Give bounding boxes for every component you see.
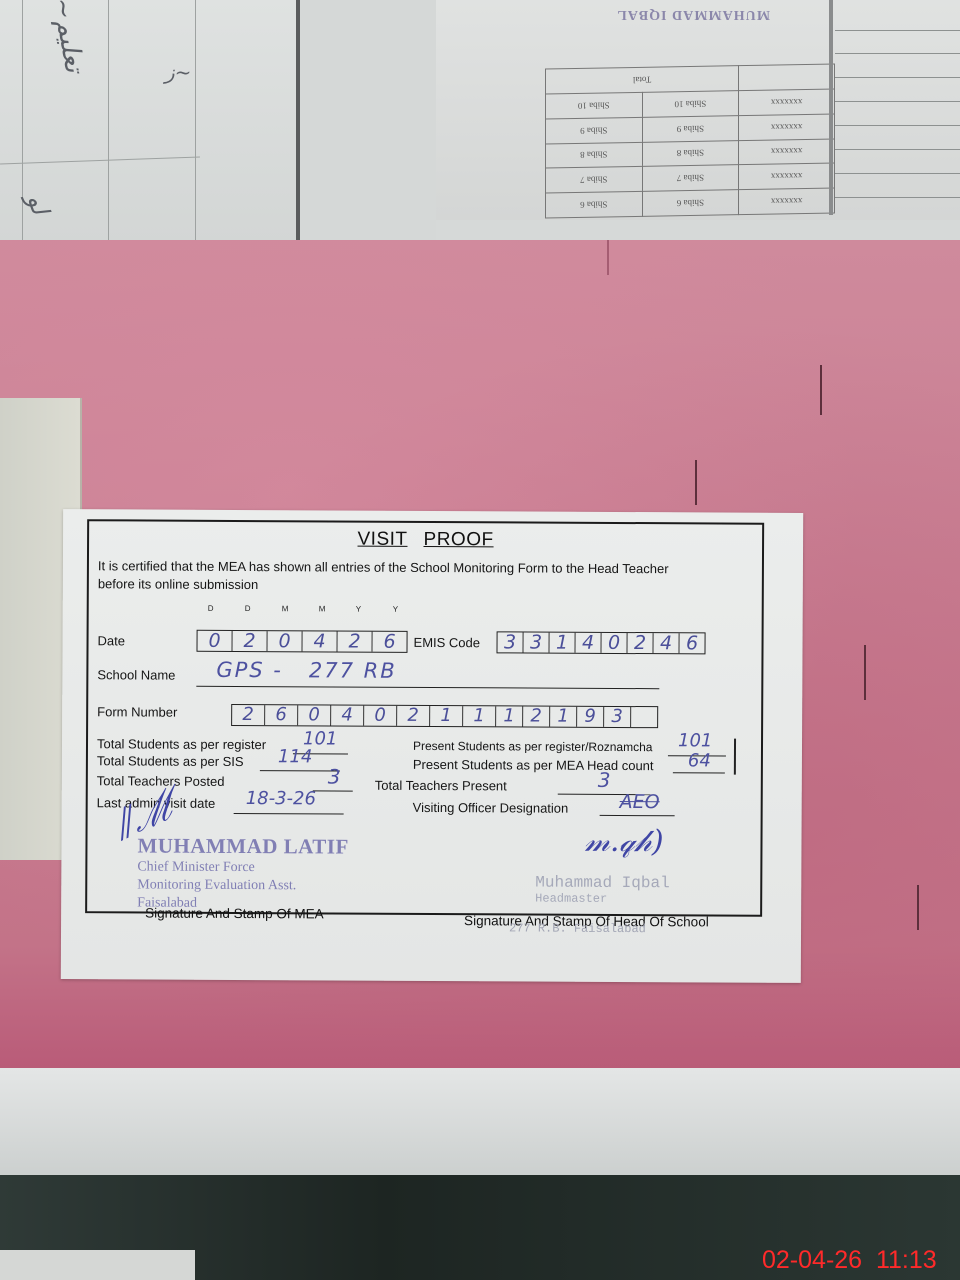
date-label: Date (98, 633, 126, 648)
present-students-headcount-value: 64 (688, 750, 711, 771)
school-name-label: School Name (97, 667, 175, 682)
form-number-boxes: 2 6 0 4 0 2 1 1 1 2 1 9 3 (231, 704, 658, 728)
present-students-headcount-label: Present Students as per MEA Head count (413, 757, 654, 773)
total-teachers-posted-value: 3 (328, 764, 341, 788)
school-name-value: GPS - 277 RB (216, 658, 396, 683)
visit-proof-form: VISITPROOF It is certified that the MEA … (61, 509, 803, 983)
present-students-register-label: Present Students as per register/Roznamc… (413, 739, 653, 754)
camera-timestamp: 02-04-26 11:13 (762, 1246, 937, 1275)
mea-stamp: MUHAMMAD LATIF Chief Minister Force Moni… (137, 833, 349, 913)
present-students-register-value: 101 (678, 730, 712, 751)
head-stamp-address: 277 R.B. Faisalabad (509, 921, 646, 936)
total-teachers-present-label: Total Teachers Present (375, 778, 507, 794)
upside-down-stamp: MUHAMMAD IQBAL (570, 6, 770, 22)
date-format-labels: DDMMYY (208, 604, 430, 614)
date-boxes: 0 2 0 4 2 6 (196, 630, 407, 653)
form-title: VISITPROOF (89, 527, 762, 553)
paper-strip (0, 1250, 195, 1280)
total-students-sis-label: Total Students as per SIS (97, 753, 244, 769)
last-admin-visit-value: 18-3-26 (246, 788, 316, 809)
certification-text: It is certified that the MEA has shown a… (98, 557, 748, 596)
mea-signature-label: Signature And Stamp Of MEA (145, 906, 324, 922)
upside-down-table: xxxxxxxShiba 6Shiba 6 xxxxxxxShiba 7Shib… (545, 63, 835, 218)
total-students-register-label: Total Students as per register (97, 736, 266, 752)
emis-code-label: EMIS Code (414, 635, 481, 650)
handwritten-register-page: ~ﺗﻌﻠﻴﻢ ﺯ~ ﻟﻮ (0, 0, 298, 242)
form-border: VISITPROOF It is certified that the MEA … (85, 519, 764, 917)
white-cloth (0, 1068, 960, 1188)
form-number-label: Form Number (97, 704, 177, 719)
head-of-school-stamp: Muhammad Iqbal Headmaster (535, 874, 670, 907)
total-students-sis-value: 114 (278, 746, 312, 767)
visiting-officer-designation-value: AEO (620, 791, 660, 813)
emis-code-boxes: 3 3 1 4 0 2 4 6 (496, 631, 705, 654)
total-teachers-present-value: 3 (598, 768, 611, 792)
blank-page (300, 0, 436, 242)
head-of-school-signature: 𝓂.𝓆𝒽) (584, 824, 663, 859)
visiting-officer-designation-label: Visiting Officer Designation (413, 800, 569, 816)
